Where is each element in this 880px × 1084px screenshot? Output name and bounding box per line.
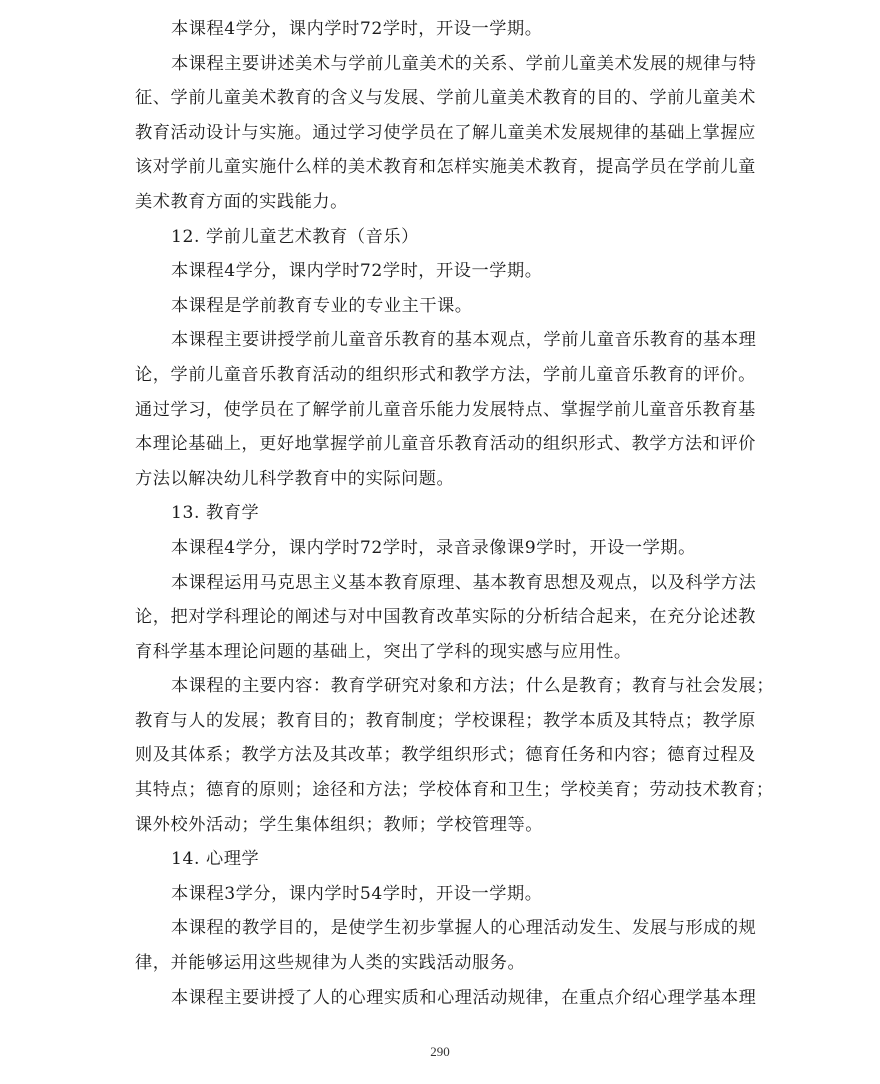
paragraph-line: 本课程运用马克思主义基本教育原理、基本教育思想及观点，以及科学方法 xyxy=(135,566,747,601)
paragraph-line: 该对学前儿童实施什么样的美术教育和怎样实施美术教育，提高学员在学前儿童 xyxy=(135,150,747,185)
paragraph-line: 教育活动设计与实施。通过学习使学员在了解儿童美术发展规律的基础上掌握应 xyxy=(135,116,747,151)
paragraph-line: 本课程3学分，课内学时54学时，开设一学期。 xyxy=(135,877,747,912)
document-page: 本课程4学分，课内学时72学时，开设一学期。 本课程主要讲述美术与学前儿童美术的… xyxy=(0,0,880,1084)
section-art-education: 本课程4学分，课内学时72学时，开设一学期。 本课程主要讲述美术与学前儿童美术的… xyxy=(135,12,747,220)
paragraph-line: 律，并能够运用这些规律为人类的实践活动服务。 xyxy=(135,946,747,981)
paragraph-line: 课外校外活动；学生集体组织；教师；学校管理等。 xyxy=(135,808,747,843)
paragraph-line: 美术教育方面的实践能力。 xyxy=(135,185,747,220)
section-heading: 13. 教育学 xyxy=(135,496,747,531)
paragraph-line: 本课程4学分，课内学时72学时，开设一学期。 xyxy=(135,254,747,289)
page-body: 本课程4学分，课内学时72学时，开设一学期。 本课程主要讲述美术与学前儿童美术的… xyxy=(135,12,747,1015)
section-music-education: 12. 学前儿童艺术教育（音乐） 本课程4学分，课内学时72学时，开设一学期。 … xyxy=(135,220,747,497)
paragraph-line: 育科学基本理论问题的基础上，突出了学科的现实感与应用性。 xyxy=(135,635,747,670)
section-heading: 14. 心理学 xyxy=(135,842,747,877)
page-number: 290 xyxy=(0,1044,880,1060)
paragraph-line: 本课程4学分，课内学时72学时，开设一学期。 xyxy=(135,12,747,47)
paragraph-line: 论，学前儿童音乐教育活动的组织形式和教学方法，学前儿童音乐教育的评价。 xyxy=(135,358,747,393)
section-heading: 12. 学前儿童艺术教育（音乐） xyxy=(135,220,747,255)
paragraph-line: 则及其体系；教学方法及其改革；教学组织形式；德育任务和内容；德育过程及 xyxy=(135,738,747,773)
paragraph-line: 论，把对学科理论的阐述与对中国教育改革实际的分析结合起来，在充分论述教 xyxy=(135,600,747,635)
paragraph-line: 本课程的教学目的，是使学生初步掌握人的心理活动发生、发展与形成的规 xyxy=(135,911,747,946)
section-pedagogy: 13. 教育学 本课程4学分，课内学时72学时，录音录像课9学时，开设一学期。 … xyxy=(135,496,747,842)
paragraph-line: 教育与人的发展；教育目的；教育制度；学校课程；教学本质及其特点；教学原 xyxy=(135,704,747,739)
paragraph-line: 征、学前儿童美术教育的含义与发展、学前儿童美术教育的目的、学前儿童美术 xyxy=(135,81,747,116)
paragraph-line: 方法以解决幼儿科学教育中的实际问题。 xyxy=(135,462,747,497)
paragraph-line: 本课程主要讲述美术与学前儿童美术的关系、学前儿童美术发展的规律与特 xyxy=(135,47,747,82)
section-psychology: 14. 心理学 本课程3学分，课内学时54学时，开设一学期。 本课程的教学目的，… xyxy=(135,842,747,1015)
paragraph-line: 本课程是学前教育专业的专业主干课。 xyxy=(135,289,747,324)
paragraph-line: 本课程4学分，课内学时72学时，录音录像课9学时，开设一学期。 xyxy=(135,531,747,566)
paragraph-line: 其特点；德育的原则；途径和方法；学校体育和卫生；学校美育；劳动技术教育； xyxy=(135,773,747,808)
paragraph-line: 本课程主要讲授学前儿童音乐教育的基本观点，学前儿童音乐教育的基本理 xyxy=(135,323,747,358)
paragraph-line: 本课程的主要内容：教育学研究对象和方法；什么是教育；教育与社会发展； xyxy=(135,669,747,704)
paragraph-line: 本理论基础上，更好地掌握学前儿童音乐教育活动的组织形式、教学方法和评价 xyxy=(135,427,747,462)
paragraph-line: 通过学习，使学员在了解学前儿童音乐能力发展特点、掌握学前儿童音乐教育基 xyxy=(135,393,747,428)
paragraph-line: 本课程主要讲授了人的心理实质和心理活动规律，在重点介绍心理学基本理 xyxy=(135,981,747,1016)
